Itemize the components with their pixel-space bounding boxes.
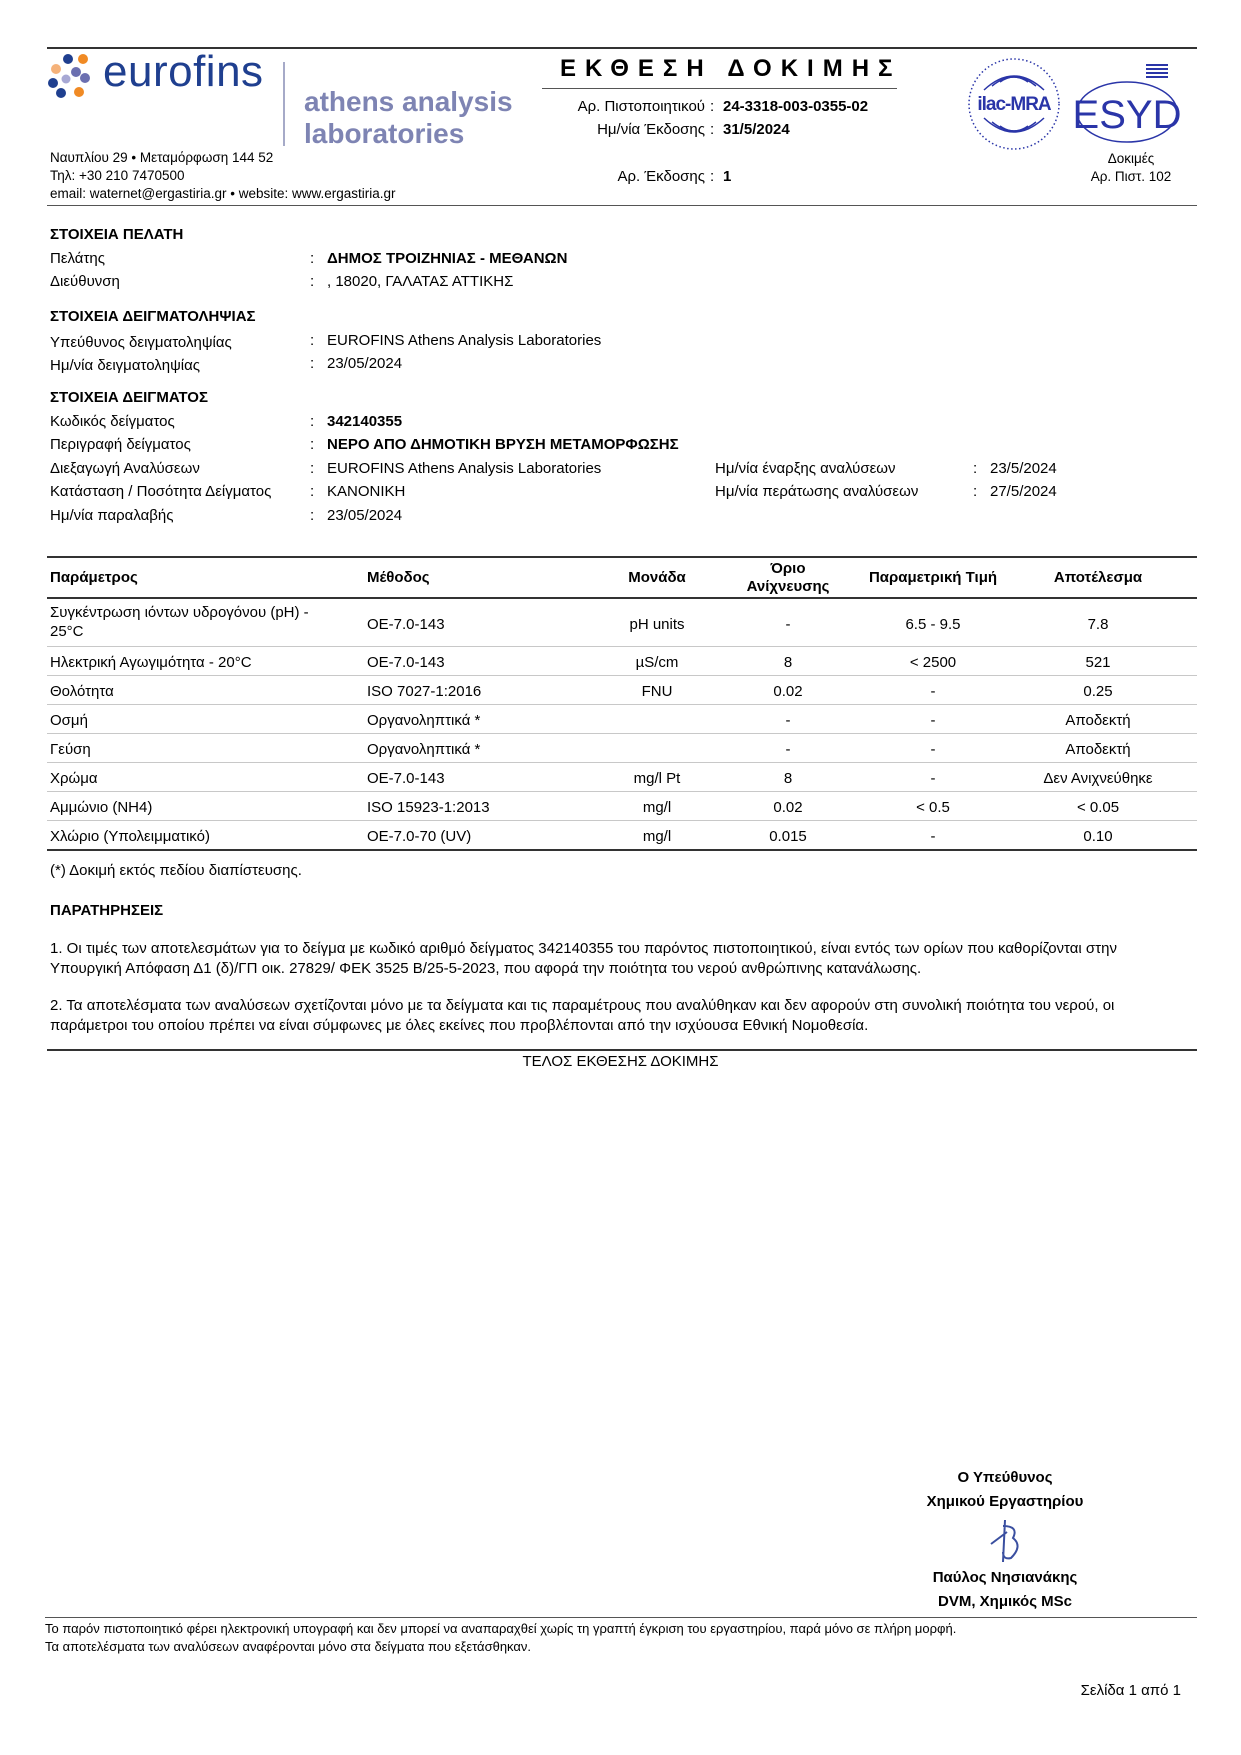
issue-date-label: Ημ/νία Έκδοσης (505, 121, 705, 138)
logo-divider (283, 62, 285, 146)
signatory-name: Παύλος Νησιανάκης (880, 1566, 1130, 1590)
sampling-responsible-label: Υπεύθυνος δειγματοληψίας (50, 334, 232, 351)
table-rule (47, 556, 1197, 558)
table-cell: 521 (1023, 654, 1173, 671)
colon: : (310, 355, 314, 372)
brand-name: eurofins (103, 50, 264, 94)
table-cell: OE-7.0-70 (UV) (367, 828, 587, 845)
table-rule (47, 646, 1197, 647)
signatory-name-block: Παύλος Νησιανάκης DVM, Χημικός MSc (880, 1566, 1130, 1614)
contact-email-website: email: waternet@ergastiria.gr • website:… (50, 185, 396, 203)
sample-code-value: 342140355 (327, 413, 402, 430)
table-rule (47, 762, 1197, 763)
esyd-badge-icon: ESYD (1074, 62, 1184, 146)
table-cell: ISO 7027-1:2016 (367, 683, 587, 700)
sampling-date-value: 23/05/2024 (327, 355, 402, 372)
table-cell: < 0.5 (853, 799, 1013, 816)
table-cell: ISO 15923-1:2013 (367, 799, 587, 816)
lab-name-line1: athens analysis (304, 86, 513, 118)
client-value: ΔΗΜΟΣ ΤΡΟΙΖΗΝΙΑΣ - ΜΕΘΑΝΩΝ (327, 250, 567, 267)
table-cell: 7.8 (1023, 616, 1173, 633)
table-cell: µS/cm (597, 654, 717, 671)
table-cell: 8 (733, 770, 843, 787)
certificate-label: Αρ. Πιστοποιητικού (505, 98, 705, 115)
table-cell: - (733, 616, 843, 633)
analysis-start-value: 23/5/2024 (990, 460, 1057, 477)
report-title: ΕΚΘΕΣΗ ΔΟΚΙΜΗΣ (560, 55, 901, 83)
table-cell: - (733, 712, 843, 729)
table-rule (47, 675, 1197, 676)
remarks-title: ΠΑΡΑΤΗΡΗΣΕΙΣ (50, 902, 163, 919)
table-rule (47, 791, 1197, 792)
contact-phone: Τηλ: +30 210 7470500 (50, 167, 185, 185)
colon: : (973, 483, 977, 500)
table-cell: pH units (597, 616, 717, 633)
table-cell: < 2500 (853, 654, 1013, 671)
table-cell: mg/l (597, 799, 717, 816)
column-header: Μέθοδος (367, 569, 587, 586)
column-header: Αποτέλεσμα (1023, 569, 1173, 586)
table-cell: OE-7.0-143 (367, 616, 587, 633)
table-cell: Ηλεκτρική Αγωγιμότητα - 20°C (50, 654, 350, 671)
colon: : (710, 98, 714, 115)
client-section-title: ΣΤΟΙΧΕΙΑ ΠΕΛΑΤΗ (50, 226, 183, 243)
remarks-bottom-rule (47, 1049, 1197, 1051)
accreditation-caption-line2: Αρ. Πιστ. 102 (1072, 168, 1190, 186)
page-number: Σελίδα 1 από 1 (1081, 1682, 1181, 1699)
table-cell: OE-7.0-143 (367, 654, 587, 671)
table-footnote: (*) Δοκιμή εκτός πεδίου διαπίστευσης. (50, 862, 302, 879)
sample-code-label: Κωδικός δείγματος (50, 413, 175, 430)
header-bottom-rule (47, 205, 1197, 206)
sample-section-title: ΣΤΟΙΧΕΙΑ ΔΕΙΓΜΑΤΟΣ (50, 389, 208, 406)
table-cell: Οργανοληπτικά * (367, 741, 587, 758)
colon: : (710, 168, 714, 185)
colon: : (310, 436, 314, 453)
ilac-mra-badge-icon: ilac-MRA (966, 56, 1062, 152)
condition-label: Κατάσταση / Ποσότητα Δείγματος (50, 483, 271, 500)
title-underline (542, 88, 897, 89)
table-cell: 6.5 - 9.5 (853, 616, 1013, 633)
signatory-role-line2: Χημικού Εργαστηρίου (880, 1490, 1130, 1514)
table-cell: Χλώριο (Υπολειμματικό) (50, 828, 350, 845)
remark-2: 2. Τα αποτελέσματα των αναλύσεων σχετίζο… (50, 996, 1180, 1036)
analysis-value: EUROFINS Athens Analysis Laboratories (327, 460, 601, 477)
table-cell: Αποδεκτή (1023, 741, 1173, 758)
report-end-text: ΤΕΛΟΣ ΕΚΘΕΣΗΣ ΔΟΚΙΜΗΣ (0, 1053, 1241, 1070)
edition-number: 1 (723, 168, 731, 185)
sample-description-value: ΝΕΡΟ ΑΠΟ ΔΗΜΟΤΙΚΗ ΒΡΥΣΗ ΜΕΤΑΜΟΡΦΩΣΗΣ (327, 436, 679, 453)
client-label: Πελάτης (50, 250, 105, 267)
remark-1: 1. Οι τιμές των αποτελεσμάτων για το δεί… (50, 939, 1180, 979)
table-cell: OE-7.0-143 (367, 770, 587, 787)
table-cell: Συγκέντρωση ιόντων υδρογόνου (pH) - 25°C (50, 603, 340, 641)
table-cell: Αποδεκτή (1023, 712, 1173, 729)
address-label: Διεύθυνση (50, 273, 120, 290)
column-header: Παραμετρική Τιμή (853, 569, 1013, 586)
address-value: , 18020, ΓΑΛΑΤΑΣ ΑΤΤΙΚΗΣ (327, 273, 513, 290)
table-cell: - (733, 741, 843, 758)
svg-text:ilac-MRA: ilac-MRA (977, 94, 1052, 115)
table-cell: 0.25 (1023, 683, 1173, 700)
colon: : (973, 460, 977, 477)
certificate-number: 24-3318-003-0355-02 (723, 98, 868, 115)
analysis-start-label: Ημ/νία έναρξης αναλύσεων (715, 460, 896, 477)
signature-block: Ο Υπεύθυνος Χημικού Εργαστηρίου (880, 1466, 1130, 1514)
table-cell: Αμμώνιο (NH4) (50, 799, 350, 816)
table-rule (47, 704, 1197, 705)
footer-rule (45, 1617, 1197, 1618)
analysis-end-value: 27/5/2024 (990, 483, 1057, 500)
lab-name-line2: laboratories (304, 118, 513, 150)
table-cell: - (853, 828, 1013, 845)
table-cell: < 0.05 (1023, 799, 1173, 816)
table-cell: 0.10 (1023, 828, 1173, 845)
table-cell: mg/l Pt (597, 770, 717, 787)
footer-disclaimer-2: Τα αποτελέσματα των αναλύσεων αναφέροντα… (45, 1638, 531, 1656)
sampling-section-title: ΣΤΟΙΧΕΙΑ ΔΕΙΓΜΑΤΟΛΗΨΙΑΣ (50, 308, 256, 325)
table-cell: 0.015 (733, 828, 843, 845)
footer-disclaimer-1: Το παρόν πιστοποιητικό φέρει ηλεκτρονική… (45, 1620, 956, 1638)
colon: : (710, 121, 714, 138)
table-cell: mg/l (597, 828, 717, 845)
eurofins-logo-icon (47, 53, 93, 99)
svg-text:ESYD: ESYD (1074, 93, 1181, 137)
table-cell: Χρώμα (50, 770, 350, 787)
accreditation-caption: Δοκιμές Αρ. Πιστ. 102 (1072, 150, 1190, 186)
lab-name: athens analysis laboratories (304, 86, 513, 150)
table-cell: 0.02 (733, 799, 843, 816)
colon: : (310, 332, 314, 349)
sampling-date-label: Ημ/νία δειγματοληψίας (50, 357, 200, 374)
table-cell: Δεν Ανιχνεύθηκε (1023, 770, 1173, 787)
table-cell: 8 (733, 654, 843, 671)
table-rule (47, 849, 1197, 851)
table-cell: - (853, 770, 1013, 787)
received-date-value: 23/05/2024 (327, 507, 402, 524)
signatory-title: DVM, Χημικός MSc (880, 1590, 1130, 1614)
table-rule (47, 820, 1197, 821)
table-cell: - (853, 683, 1013, 700)
colon: : (310, 507, 314, 524)
table-cell: Γεύση (50, 741, 350, 758)
issue-date: 31/5/2024 (723, 121, 790, 138)
edition-label: Αρ. Έκδοσης (505, 168, 705, 185)
analysis-end-label: Ημ/νία περάτωσης αναλύσεων (715, 483, 918, 500)
table-cell: FNU (597, 683, 717, 700)
table-cell: Θολότητα (50, 683, 350, 700)
contact-address: Ναυπλίου 29 • Μεταμόρφωση 144 52 (50, 149, 273, 167)
column-header: Μονάδα (597, 569, 717, 586)
handwritten-signature-icon (985, 1518, 1025, 1566)
table-cell: - (853, 741, 1013, 758)
table-cell: Οσμή (50, 712, 350, 729)
accreditation-caption-line1: Δοκιμές (1072, 150, 1190, 168)
colon: : (310, 250, 314, 267)
table-cell: Οργανοληπτικά * (367, 712, 587, 729)
condition-value: ΚΑΝΟΝΙΚΗ (327, 483, 405, 500)
table-cell: 0.02 (733, 683, 843, 700)
table-rule (47, 733, 1197, 734)
colon: : (310, 460, 314, 477)
colon: : (310, 483, 314, 500)
received-date-label: Ημ/νία παραλαβής (50, 507, 173, 524)
colon: : (310, 413, 314, 430)
table-cell: - (853, 712, 1013, 729)
table-rule (47, 597, 1197, 599)
column-header: Παράμετρος (50, 569, 350, 586)
signatory-role-line1: Ο Υπεύθυνος (880, 1466, 1130, 1490)
colon: : (310, 273, 314, 290)
sample-description-label: Περιγραφή δείγματος (50, 436, 191, 453)
sampling-responsible-value: EUROFINS Athens Analysis Laboratories (327, 332, 601, 349)
column-header: Όριο Ανίχνευσης (743, 560, 833, 596)
analysis-label: Διεξαγωγή Αναλύσεων (50, 460, 200, 477)
